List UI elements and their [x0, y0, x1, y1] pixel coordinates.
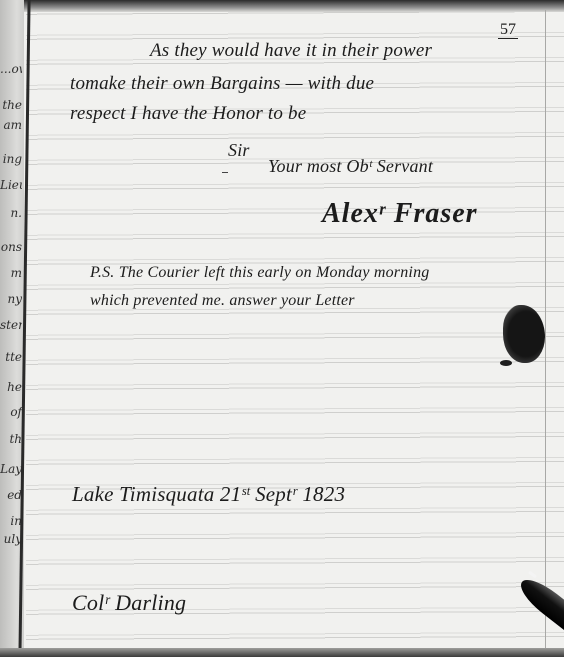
salutation: Sir — [228, 140, 250, 161]
margin-fragment: of — [0, 405, 22, 419]
margin-fragment: ny — [0, 292, 22, 306]
margin-fragment: m — [0, 266, 22, 280]
salutation-mark — [222, 172, 228, 173]
margin-fragment: ed — [0, 488, 22, 502]
margin-fragment: th — [0, 432, 22, 446]
margin-fragment: Lieu — [0, 178, 22, 192]
ink-blot-drip — [500, 360, 512, 366]
margin-fragment: ...ow — [0, 62, 22, 76]
postscript-line-2: which prevented me. answer your Letter — [90, 292, 355, 310]
margin-fragment: ster — [0, 318, 22, 332]
margin-fragment: ons — [0, 240, 22, 254]
addressee: Colʳ Darling — [72, 590, 186, 616]
right-margin-line — [545, 10, 546, 650]
signature: Alexʳ Fraser — [322, 198, 478, 230]
page-bottom-edge — [0, 648, 564, 657]
manuscript-page: ...ow the am ing Lieu n. ons m ny ster t… — [0, 0, 564, 657]
margin-fragment: tte — [0, 350, 22, 364]
body-line-1: As they would have it in their power — [150, 40, 432, 62]
postscript-line-1: P.S. The Courier left this early on Mond… — [90, 264, 429, 282]
place-and-date: Lake Timisquata 21ˢᵗ Septʳ 1823 — [72, 482, 345, 507]
margin-fragment: he — [0, 380, 22, 394]
page-number: 57 — [498, 22, 518, 39]
page-top-edge — [0, 0, 564, 12]
margin-fragment: ing — [0, 152, 22, 166]
body-line-2: tomake their own Bargains — with due — [70, 73, 374, 95]
margin-fragment: Lay — [0, 462, 22, 476]
ruled-lines — [26, 0, 564, 657]
margin-fragment: the — [0, 98, 22, 112]
closing-line: Your most Obᵗ Servant — [268, 156, 433, 177]
margin-fragment: in — [0, 514, 22, 528]
margin-fragment: n. — [0, 206, 22, 220]
margin-fragment: uly — [0, 532, 22, 546]
body-line-3: respect I have the Honor to be — [70, 103, 306, 125]
margin-fragment: am — [0, 118, 22, 132]
